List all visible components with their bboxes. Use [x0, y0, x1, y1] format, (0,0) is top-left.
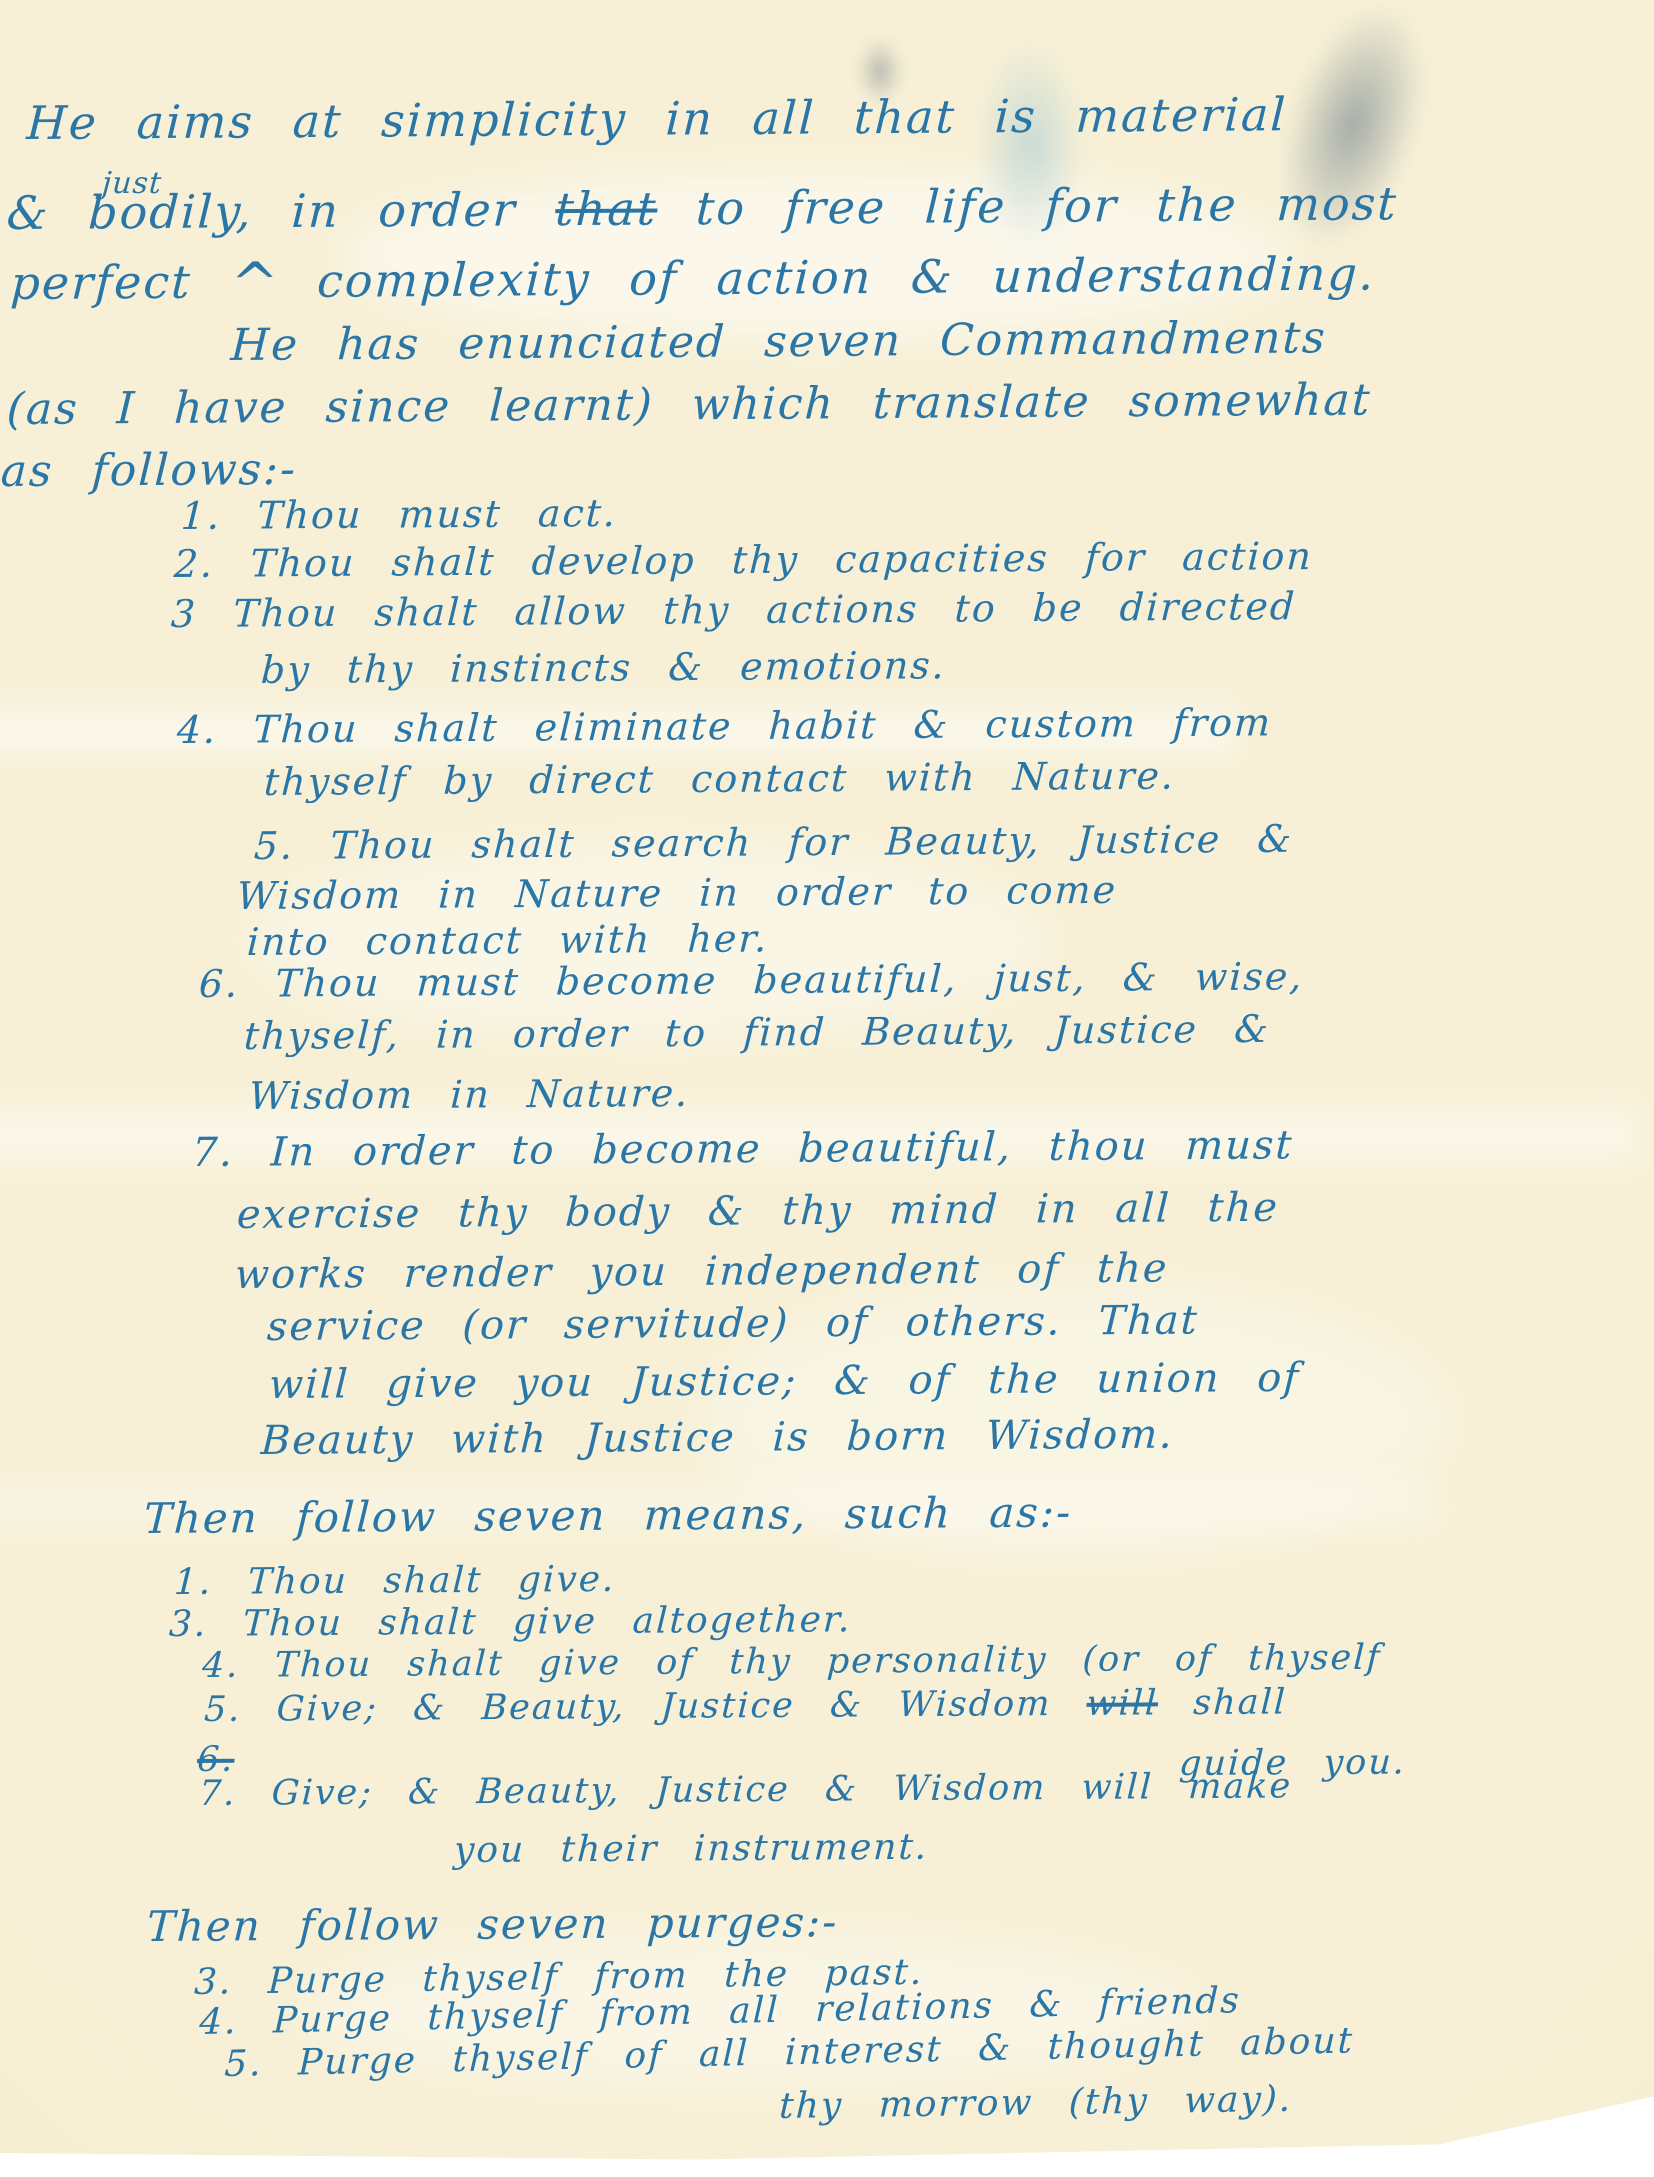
handwritten-line: He aims at simplicity in all that is mat…: [26, 87, 1289, 150]
handwritten-line: 5. Give; & Beauty, Justice & Wisdom will…: [203, 1682, 1288, 1730]
handwritten-line: 6. Thou must become beautiful, just, & w…: [198, 954, 1305, 1006]
handwritten-line: you their instrument.: [453, 1827, 929, 1871]
line-segment: complexity of action & understanding.: [277, 246, 1376, 308]
handwritten-line: by thy instincts & emotions.: [260, 643, 947, 692]
handwritten-line: thyself by direct contact with Nature.: [263, 754, 1176, 804]
handwritten-line: 4. Thou shalt give of thy personality (o…: [201, 1638, 1382, 1686]
handwritten-line: 3. Thou shalt give altogether.: [168, 1599, 852, 1645]
handwritten-line: Wisdom in Nature.: [248, 1071, 690, 1118]
line-segment: & bodily, in order: [6, 182, 557, 240]
handwritten-line: Wisdom in Nature in order to come: [236, 868, 1118, 918]
handwritten-line: 1. Thou shalt give.: [173, 1559, 616, 1603]
handwritten-line: exercise thy body & thy mind in all the: [236, 1185, 1280, 1238]
handwritten-line: into contact with her.: [246, 916, 770, 964]
handwritten-line: He has enunciated seven Commandments: [230, 312, 1328, 371]
handwritten-line: thy morrow (thy way).: [778, 2079, 1293, 2127]
handwritten-line: & bodily, in order that to free life for…: [6, 176, 1400, 240]
line-segment: shall: [1157, 1682, 1288, 1723]
inserted-word-just: just: [101, 166, 164, 201]
handwritten-line: 7. In order to become beautiful, thou mu…: [191, 1122, 1295, 1176]
handwritten-line: will give you Justice; & of the union of: [268, 1355, 1301, 1408]
strikethrough-word: that: [554, 181, 658, 236]
handwritten-line: Beauty with Justice is born Wisdom.: [260, 1412, 1175, 1464]
caret-mark: ^: [229, 250, 280, 317]
line-segment: perfect: [9, 254, 231, 310]
handwritten-line: 7. Give; & Beauty, Justice & Wisdom will…: [198, 1766, 1293, 1814]
handwritten-line: as follows:-: [0, 444, 298, 497]
handwritten-line: service (or servitude) of others. That: [266, 1297, 1200, 1350]
handwritten-line: 4. Thou shalt eliminate habit & custom f…: [176, 700, 1273, 752]
handwritten-line: Then follow seven purges:-: [146, 1897, 840, 1951]
strikethrough-word: will: [1086, 1683, 1159, 1724]
handwritten-line: (as I have since learnt) which translate…: [6, 374, 1373, 435]
handwritten-line: 3 Thou shalt allow thy actions to be dir…: [170, 584, 1297, 636]
handwritten-line: 1. Thou must act.: [180, 491, 618, 538]
scanned-letter-canvas: He aims at simplicity in all that is mat…: [0, 0, 1654, 2177]
handwritten-line: perfect ^ complexity of action & underst…: [9, 242, 1377, 319]
handwritten-line: works render you independent of the: [234, 1245, 1170, 1298]
handwritten-line: 5. Thou shalt search for Beauty, Justice…: [253, 817, 1294, 868]
handwritten-line: thyself, in order to find Beauty, Justic…: [243, 1007, 1271, 1058]
handwritten-line: 2. Thou shalt develop thy capacities for…: [173, 534, 1314, 586]
line-segment: to free life for the most: [656, 176, 1399, 235]
handwritten-line: Then follow seven means, such as:-: [143, 1488, 1074, 1543]
line-segment: 5. Give; & Beauty, Justice & Wisdom: [203, 1684, 1087, 1730]
